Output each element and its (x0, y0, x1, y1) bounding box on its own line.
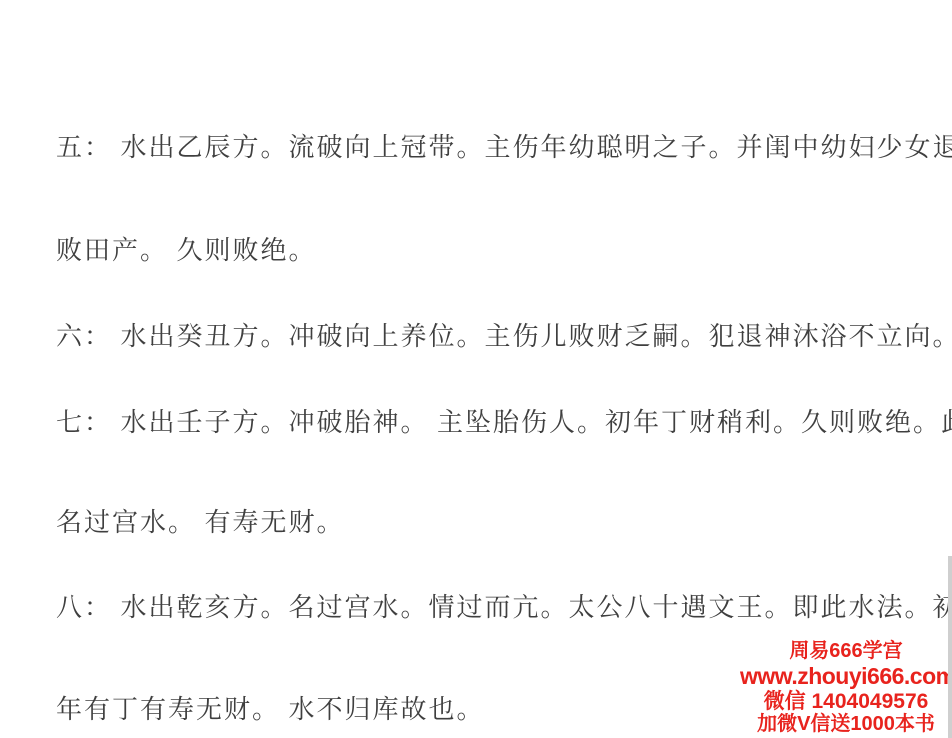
text-line-6: 八： 水出乾亥方。名过宫水。情过而亢。太公八十遇文王。即此水法。初 (56, 587, 916, 624)
watermark-wechat-id: 微信 1404049576 (740, 691, 952, 714)
text-line-5: 名过宫水。 有寿无财。 (56, 502, 916, 539)
scan-edge-shadow (948, 556, 952, 738)
text-line-3: 六： 水出癸丑方。冲破向上养位。主伤儿败财乏嗣。犯退神沐浴不立向。 (56, 316, 916, 353)
document-page: 五： 水出乙辰方。流破向上冠带。主伤年幼聪明之子。并闺中幼妇少女退 败田产。 久… (0, 0, 952, 738)
watermark-site-name: 周易666学宫 (740, 641, 952, 665)
watermark-url: www.zhouyi666.com (740, 665, 952, 691)
watermark: 周易666学宫 www.zhouyi666.com 微信 1404049576 … (740, 641, 952, 734)
text-line-1: 五： 水出乙辰方。流破向上冠带。主伤年幼聪明之子。并闺中幼妇少女退 (56, 127, 916, 164)
text-line-4: 七： 水出壬子方。冲破胎神。 主坠胎伤人。初年丁财稍利。久则败绝。此 (56, 402, 916, 439)
text-line-2: 败田产。 久则败绝。 (56, 230, 916, 267)
watermark-promo: 加微V信送1000本书 (740, 714, 952, 734)
